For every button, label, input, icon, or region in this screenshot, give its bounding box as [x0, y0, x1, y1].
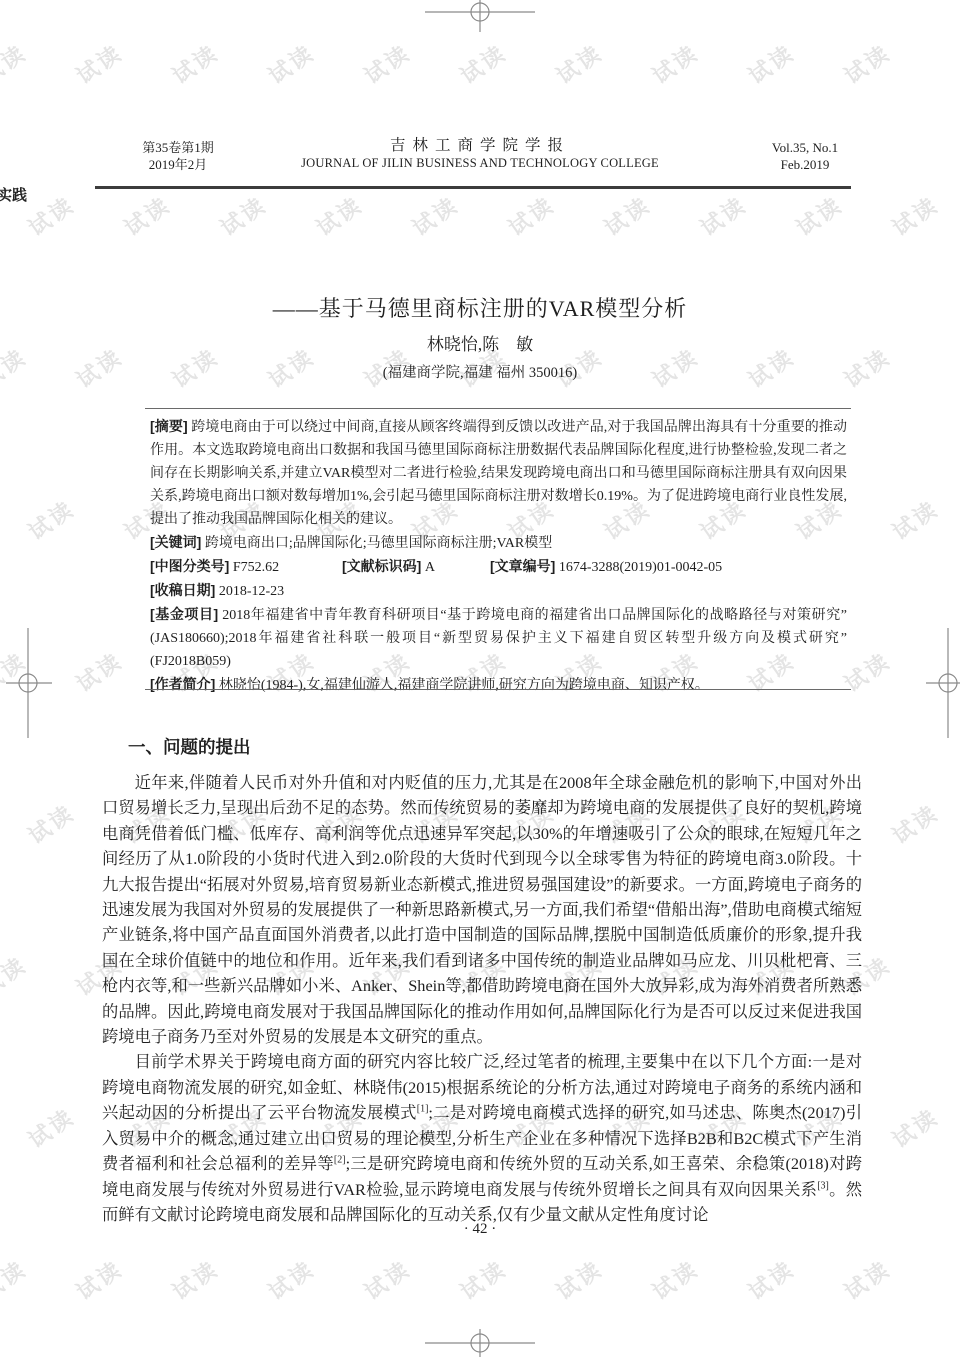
- registration-mark-left-icon: [0, 628, 58, 738]
- watermark: 试读: [742, 1252, 801, 1306]
- article-affiliation: (福建商学院,福建 福州 350016): [0, 362, 960, 384]
- watermark: 试读: [406, 188, 465, 242]
- author-bio-line: [作者简介] 林晓怡(1984-),女,福建仙游人,福建商学院讲师,研究方向为跨…: [150, 673, 847, 697]
- doc-code-item: [文献标识码] A: [342, 555, 490, 579]
- doc-code-label: [文献标识码]: [342, 558, 421, 574]
- header-date-en: Feb.2019: [740, 156, 870, 173]
- body-paragraph-1: 近年来,伴随着人民币对外升值和对内贬值的压力,尤其是在2008年全球金融危机的影…: [102, 770, 862, 1049]
- side-category-label: 实践: [0, 184, 27, 205]
- watermark: 试读: [838, 36, 897, 90]
- watermark: 试读: [70, 36, 129, 90]
- article-id-item: [文章编号] 1674-3288(2019)01-0042-05: [490, 555, 722, 579]
- classification-line: [中图分类号] F752.62[文献标识码] A[文章编号] 1674-3288…: [150, 555, 847, 579]
- clc-label: [中图分类号]: [150, 558, 229, 574]
- watermark: 试读: [598, 188, 657, 242]
- watermark: 试读: [358, 36, 417, 90]
- watermark: 试读: [454, 1252, 513, 1306]
- watermark: 试读: [22, 1100, 81, 1154]
- watermark: 试读: [694, 188, 753, 242]
- citation-ref-1: [1]: [417, 1104, 429, 1115]
- watermark: 试读: [118, 188, 177, 242]
- doc-code-value: A: [425, 560, 435, 575]
- watermark: 试读: [166, 36, 225, 90]
- watermark: 试读: [550, 36, 609, 90]
- article-id-value: 1674-3288(2019)01-0042-05: [559, 560, 722, 575]
- article-meta-block: [摘要] 跨境电商由于可以绕过中间商,直接从顾客终端得到反馈以改进产品,对于我国…: [150, 415, 847, 697]
- watermark: 试读: [838, 1252, 897, 1306]
- meta-rule-bottom: [145, 689, 851, 690]
- watermark: 试读: [886, 1100, 945, 1154]
- registration-mark-bottom-icon: [425, 1329, 535, 1357]
- header-rule: [95, 186, 851, 189]
- abstract-label: [摘要]: [150, 418, 188, 434]
- meta-rule-top: [145, 408, 851, 409]
- registration-mark-right-icon: [920, 628, 960, 738]
- watermark: 试读: [22, 188, 81, 242]
- watermark: 试读: [22, 492, 81, 546]
- fund-label: [基金项目]: [150, 606, 218, 622]
- watermark: 试读: [262, 1252, 321, 1306]
- received-date-label: [收稿日期]: [150, 582, 215, 598]
- fund-paragraph: [基金项目] 2018年福建省中青年教育科研项目“基于跨境电商的福建省出口品牌国…: [150, 603, 847, 673]
- citation-ref-2: [2]: [334, 1155, 346, 1166]
- header-volume-block: Vol.35, No.1 Feb.2019: [740, 139, 870, 173]
- received-date-line: [收稿日期] 2018-12-23: [150, 579, 847, 603]
- watermark: 试读: [214, 188, 273, 242]
- fund-text: 2018年福建省中青年教育科研项目“基于跨境电商的福建省出口品牌国际化的战略路径…: [150, 608, 847, 669]
- watermark: 试读: [358, 1252, 417, 1306]
- watermark: 试读: [22, 796, 81, 850]
- watermark: 试读: [646, 36, 705, 90]
- watermark: 试读: [502, 188, 561, 242]
- registration-mark-top-icon: [425, 0, 535, 32]
- received-date-value: 2018-12-23: [219, 584, 284, 599]
- watermark: 试读: [886, 796, 945, 850]
- header-volume-issue-en: Vol.35, No.1: [740, 139, 870, 156]
- article-title-block: ——基于马德里商标注册的VAR模型分析 林晓怡,陈 敏 (福建商学院,福建 福州…: [0, 294, 960, 384]
- watermark: 试读: [0, 1252, 32, 1306]
- watermark: 试读: [310, 188, 369, 242]
- article-id-label: [文章编号]: [490, 558, 555, 574]
- article-body: 近年来,伴随着人民币对外升值和对内贬值的压力,尤其是在2008年全球金融危机的影…: [102, 770, 862, 1227]
- article-subtitle: ——基于马德里商标注册的VAR模型分析: [0, 294, 960, 324]
- abstract-text: 跨境电商由于可以绕过中间商,直接从顾客终端得到反馈以改进产品,对于我国品牌出海具…: [150, 420, 847, 527]
- clc-value: F752.62: [233, 560, 279, 575]
- watermark: 试读: [454, 36, 513, 90]
- body-paragraph-2: 目前学术界关于跨境电商方面的研究内容比较广泛,经过笔者的梳理,主要集中在以下几个…: [102, 1049, 862, 1227]
- watermark: 试读: [262, 36, 321, 90]
- author-bio-text: 林晓怡(1984-),女,福建仙游人,福建商学院讲师,研究方向为跨境电商、知识产…: [219, 678, 709, 693]
- watermark: 试读: [70, 1252, 129, 1306]
- abstract-paragraph: [摘要] 跨境电商由于可以绕过中间商,直接从顾客终端得到反馈以改进产品,对于我国…: [150, 415, 847, 531]
- keywords-line: [关键词] 跨境电商出口;品牌国际化;马德里国际商标注册;VAR模型: [150, 531, 847, 555]
- watermark: 试读: [0, 36, 32, 90]
- section-heading: 一、问题的提出: [128, 734, 251, 759]
- journal-page: 试读试读试读试读试读试读试读试读试读试读试读试读试读试读试读试读试读试读试读试读…: [0, 0, 960, 1357]
- watermark: 试读: [0, 948, 32, 1002]
- clc-item: [中图分类号] F752.62: [150, 555, 342, 579]
- citation-ref-3: [3]: [817, 1180, 829, 1191]
- watermark: 试读: [886, 188, 945, 242]
- keywords-label: [关键词]: [150, 534, 201, 550]
- watermark: 试读: [550, 1252, 609, 1306]
- watermark: 试读: [646, 1252, 705, 1306]
- keywords-text: 跨境电商出口;品牌国际化;马德里国际商标注册;VAR模型: [205, 536, 552, 551]
- watermark: 试读: [790, 188, 849, 242]
- watermark: 试读: [886, 492, 945, 546]
- watermark: 试读: [166, 1252, 225, 1306]
- watermark: 试读: [742, 36, 801, 90]
- watermark: 试读: [70, 644, 129, 698]
- article-authors: 林晓怡,陈 敏: [0, 332, 960, 358]
- page-number: · 42 ·: [0, 1221, 960, 1238]
